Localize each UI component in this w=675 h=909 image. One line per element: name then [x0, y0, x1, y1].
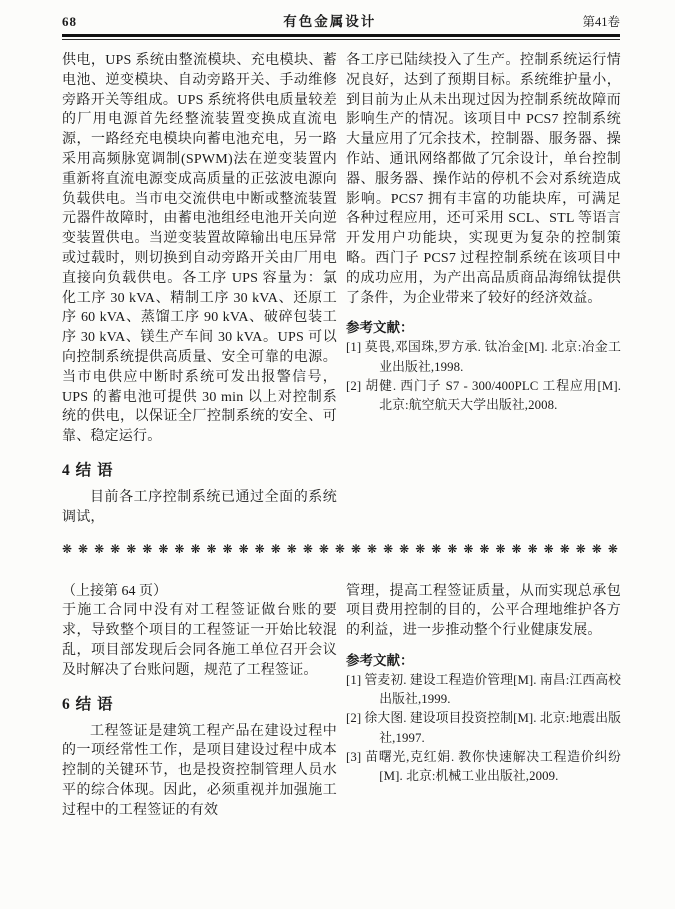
header-rule-thin: [62, 39, 620, 40]
top-left-column: 供电，UPS 系统由整流模块、充电模块、蓄电池、逆变模块、自动旁路开关、手动维修…: [62, 51, 337, 528]
continued-from-note: （上接第 64 页）: [62, 582, 337, 602]
reference-item: [2] 胡健. 西门子 S7 - 300/400PLC 工程应用[M]. 北京:…: [346, 377, 621, 415]
signature-ledger-paragraph: 于施工合同中没有对工程签证做台账的要求，导致整个项目的工程签证一开始比较混乱，项…: [62, 601, 337, 680]
signature-conclusion-paragraph: 工程签证是建筑工程产品在建设过程中的一项经常性工作，是项目建设过程中成本控制的关…: [62, 722, 337, 821]
reference-item: [2] 徐大图. 建设项目投资控制[M]. 北京:地震出版社,1997.: [346, 709, 621, 747]
journal-title: 有色金属设计: [283, 14, 376, 29]
reference-item: [1] 管麦初. 建设工程造价管理[M]. 南昌:江西高校出版社,1999.: [346, 671, 621, 709]
bottom-right-column: 管理，提高工程签证质量，从而实现总承包项目费用控制的目的，公平合理地维护各方的利…: [346, 582, 621, 821]
references-heading: 参考文献：: [346, 649, 621, 669]
references-heading: 参考文献：: [346, 316, 621, 336]
top-article-section: 供电，UPS 系统由整流模块、充电模块、蓄电池、逆变模块、自动旁路开关、手动维修…: [62, 51, 620, 528]
page-header: 68 有色金属设计 第41卷: [62, 14, 620, 30]
bottom-article-section: （上接第 64 页） 于施工合同中没有对工程签证做台账的要求，导致整个项目的工程…: [62, 582, 620, 821]
section-4-heading: 4 结 语: [62, 458, 337, 480]
management-paragraph: 管理，提高工程签证质量，从而实现总承包项目费用控制的目的，公平合理地维护各方的利…: [346, 582, 621, 641]
page-number: 68: [62, 14, 77, 29]
header-rule-thick: [62, 34, 620, 37]
section-6-heading: 6 结 语: [62, 692, 337, 714]
journal-page: 68 有色金属设计 第41卷 供电，UPS 系统由整流模块、充电模块、蓄电池、逆…: [0, 0, 675, 909]
conclusion-paragraph-start: 目前各工序控制系统已通过全面的系统调试，: [62, 488, 337, 528]
reference-item: [3] 苗曙光,克红娟. 教你快速解决工程造价纠纷[M]. 北京:机械工业出版社…: [346, 748, 621, 786]
article-separator: ❋ ❋ ❋ ❋ ❋ ❋ ❋ ❋ ❋ ❋ ❋ ❋ ❋ ❋ ❋ ❋ ❋ ❋ ❋ ❋ …: [62, 542, 620, 556]
volume-label: 第41卷: [582, 15, 620, 30]
ups-system-paragraph: 供电，UPS 系统由整流模块、充电模块、蓄电池、逆变模块、自动旁路开关、手动维修…: [62, 51, 337, 447]
bottom-left-column: （上接第 64 页） 于施工合同中没有对工程签证做台账的要求，导致整个项目的工程…: [62, 582, 337, 821]
reference-item: [1] 莫畏,邓国珠,罗方承. 钛冶金[M]. 北京:冶金工业出版社,1998.: [346, 338, 621, 376]
top-right-column: 各工序已陆续投入了生产。控制系统运行情况良好，达到了预期目标。系统维护量小，到目…: [346, 51, 621, 528]
pcs7-results-paragraph: 各工序已陆续投入了生产。控制系统运行情况良好，达到了预期目标。系统维护量小，到目…: [346, 51, 621, 308]
